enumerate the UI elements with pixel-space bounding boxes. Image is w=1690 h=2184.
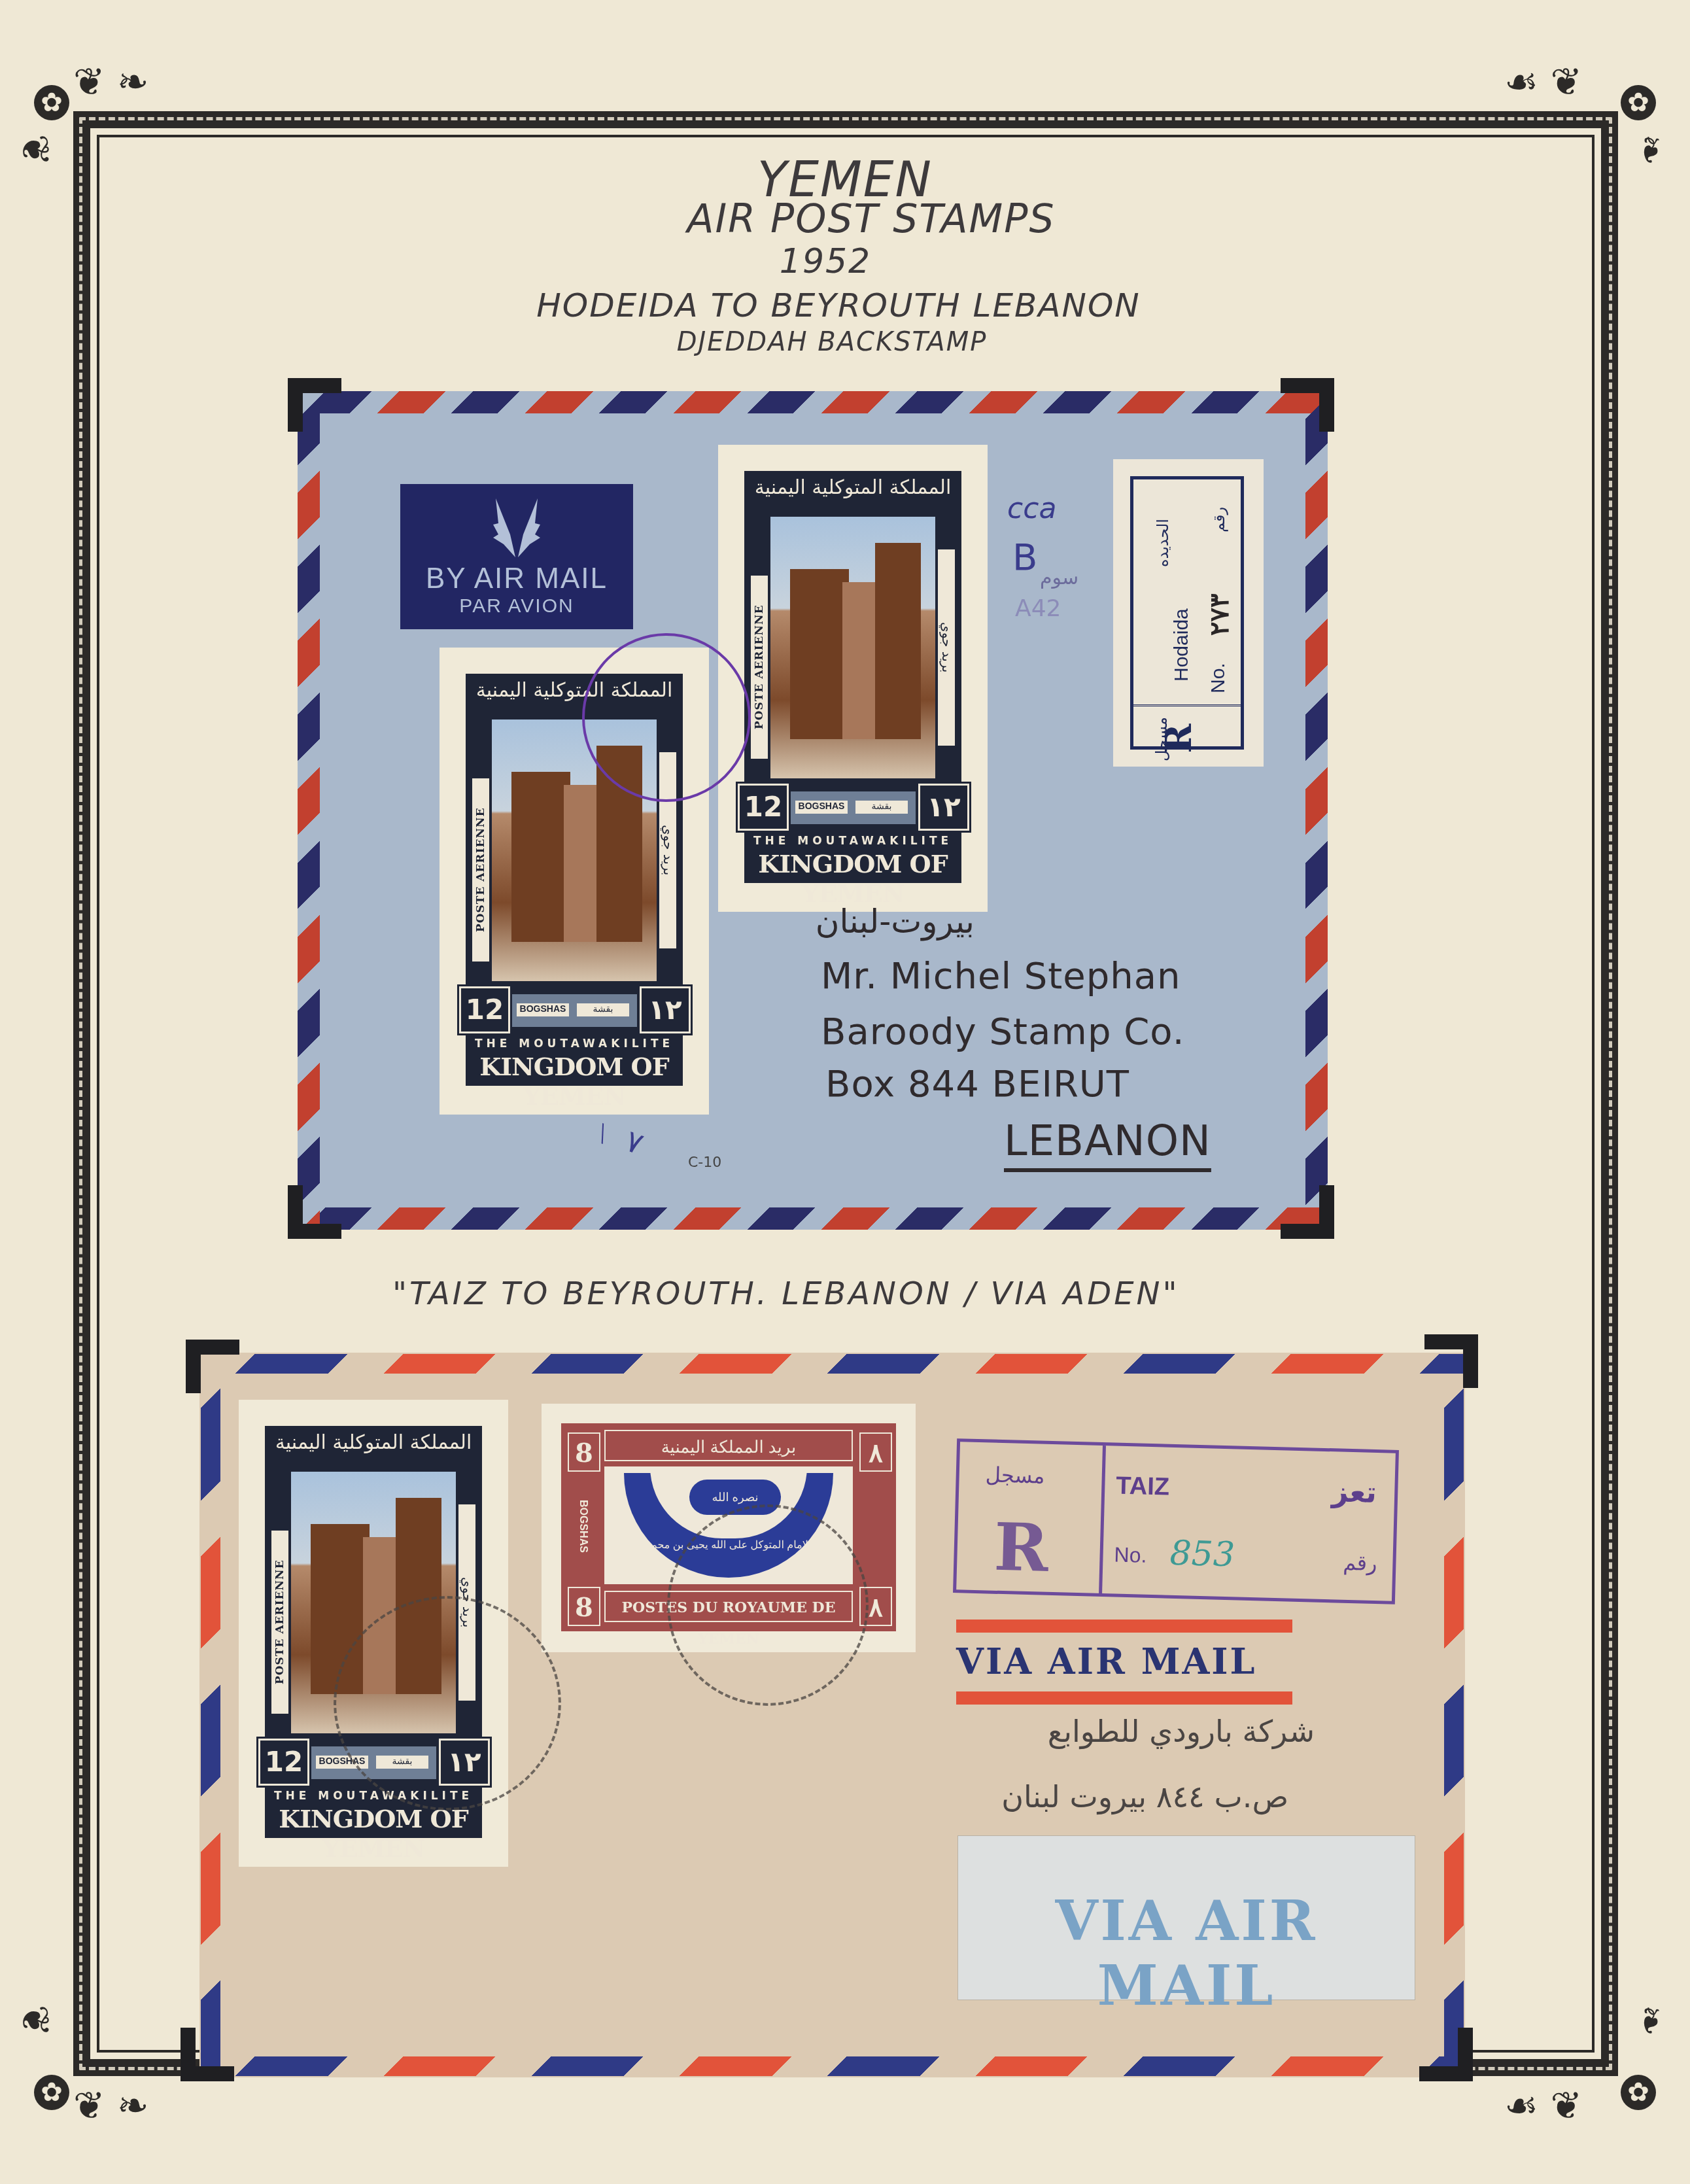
- stamp-side-text: POSTE AERIENNE: [271, 1531, 288, 1714]
- airmail-border-top: [199, 1354, 1465, 1374]
- pen-note: C-10: [688, 1154, 721, 1171]
- airmail-border-left: [201, 1353, 220, 2077]
- stamp-12-bogshas: المملكة المتوكلية اليمنية POSTE AERIENNE…: [718, 445, 988, 912]
- title-subject: Air Post Stamps: [26, 196, 1690, 242]
- rosette-icon: ✿: [1621, 85, 1656, 120]
- cachet-city: TAIZ: [1116, 1472, 1170, 1502]
- pen-note: A42: [1015, 595, 1061, 622]
- scroll-ornament-icon: ❦ ❧: [73, 63, 149, 101]
- black-postmark: [334, 1596, 561, 1811]
- scroll-ornament-icon: ☙ ❦: [1504, 63, 1582, 101]
- scroll-ornament-icon: ❦ ❧: [73, 2087, 149, 2124]
- caption-bottom-cover: "Taiz to Beyrouth. Lebanon / via Aden": [392, 1275, 1180, 1312]
- rosette-icon: ✿: [34, 85, 69, 120]
- scroll-ornament-icon: ☙ ❦: [1504, 2087, 1582, 2124]
- airmail-border-right: [1444, 1353, 1464, 2077]
- stamp-side-text: POSTE AERIENNE: [472, 778, 489, 962]
- stamp-arabic-title: المملكة المتوكلية اليمنية: [718, 476, 988, 499]
- stamp-value: 12: [738, 784, 789, 831]
- reg-no-label: No.: [1207, 663, 1230, 693]
- address-arabic-line: شركة بارودي للطوابع: [974, 1714, 1315, 1749]
- par-avion-text: PAR AVION: [400, 595, 633, 617]
- title-route: Hodeida to Beyrouth Lebanon: [0, 286, 1683, 324]
- stamp8-value: 8: [568, 1587, 600, 1626]
- airmail-border-top: [298, 391, 1328, 413]
- address-line: Baroody Stamp Co.: [821, 1011, 1184, 1053]
- etiquette-text: VIA AIR MAIL: [958, 1888, 1415, 2018]
- via-air-mail-etiquette: VIA AIR MAIL: [957, 1835, 1415, 2000]
- pen-note: B: [1012, 536, 1037, 579]
- stamp-line2: KINGDOM OF YEMEN: [239, 1804, 508, 1863]
- via-air-mail-text: VIA AIR MAIL: [956, 1640, 1292, 1682]
- cachet-city-ar: تعز: [1332, 1475, 1377, 1510]
- address-line: Box 844 BEIRUT: [825, 1063, 1130, 1105]
- airmail-border-right: [1305, 391, 1328, 1230]
- cachet-number: 853: [1169, 1534, 1235, 1575]
- reg-number: ٢٧٣: [1205, 594, 1235, 636]
- reg-city-ar: الحديده: [1154, 519, 1172, 567]
- red-rule: [956, 1691, 1292, 1705]
- stamp-currency-ar: بقشة: [855, 801, 908, 814]
- airmail-border-bottom: [298, 1207, 1328, 1230]
- cachet-no-label: No.: [1114, 1543, 1147, 1568]
- scroll-ornament-icon: ❦: [16, 2005, 54, 2037]
- printed-via-air-mail: VIA AIR MAIL: [956, 1620, 1292, 1705]
- stamp-currency: BOGSHAS: [795, 801, 848, 814]
- stamp-value: 12: [459, 986, 510, 1033]
- cachet-registered-ar: مسجل: [985, 1462, 1045, 1488]
- rosette-icon: ✿: [34, 2075, 69, 2110]
- rosette-icon: ✿: [1621, 2075, 1656, 2110]
- stamp-currency-ar: بقشة: [577, 1003, 629, 1016]
- stamp-line2: KINGDOM OF YEMEN: [440, 1052, 709, 1111]
- by-air-mail-label: BY AIR MAIL PAR AVION: [400, 484, 633, 629]
- stamp-arabic-title: المملكة المتوكلية اليمنية: [239, 1431, 508, 1454]
- airmail-border-left: [298, 391, 320, 1230]
- reg-city: Hodaida: [1171, 608, 1193, 682]
- address-country: LEBANON: [1004, 1117, 1211, 1166]
- scroll-ornament-icon: ❧: [1632, 2005, 1670, 2037]
- cachet-letter: R: [993, 1508, 1049, 1587]
- wings-icon: [491, 498, 543, 557]
- stamp8-side-text: BOGSHAS: [568, 1477, 598, 1575]
- address-line: Mr. Michel Stephan: [821, 955, 1181, 997]
- stamp-line2: KINGDOM OF YEMEN: [718, 849, 988, 908]
- air-mail-text: BY AIR MAIL: [400, 563, 633, 595]
- stamp-side-arabic: بريد جوي: [938, 549, 955, 746]
- black-postmark: [667, 1504, 869, 1706]
- reg-no-ar: رقم: [1210, 507, 1228, 532]
- cachet-no-ar: رقم: [1343, 1550, 1377, 1576]
- stamp8-arabic-title: بريد المملكة اليمنية: [604, 1430, 853, 1461]
- red-rule: [956, 1620, 1292, 1633]
- stamp-value: 12: [258, 1739, 309, 1786]
- pen-note: سوم: [1040, 566, 1078, 589]
- title-year: 1952: [0, 242, 1670, 281]
- airmail-border-bottom: [199, 2056, 1465, 2076]
- stamp8-value: 8: [568, 1432, 600, 1472]
- pen-note: cca: [1007, 492, 1056, 525]
- violet-postmark: [582, 633, 751, 802]
- address-arabic-line: ص.ب ٨٤٤ بيروت لبنان: [922, 1779, 1288, 1814]
- stamp-vignette: [770, 517, 935, 778]
- stamp-value-ar: ١٢: [640, 986, 691, 1033]
- reg-letter: R: [1158, 724, 1199, 754]
- stamp-value-ar: ١٢: [918, 784, 969, 831]
- stamp-currency: BOGSHAS: [517, 1003, 569, 1016]
- address-arabic: بيروت-لبنان: [772, 903, 974, 941]
- stamp-line1: THE MOUTAWAKILITE: [440, 1037, 709, 1050]
- stamp8-value-ar: ٨: [859, 1432, 892, 1472]
- title-backstamp: Djeddah Backstamp: [0, 327, 1677, 357]
- stamp-side-text: POSTE AERIENNE: [751, 576, 768, 759]
- taiz-registration-cachet: مسجل R TAIZ تعز No. 853 رقم: [953, 1438, 1399, 1604]
- stamp-line1: THE MOUTAWAKILITE: [718, 835, 988, 848]
- hodaida-registration-label: الحديده Hodaida رقم No. ٢٧٣ مسجل R: [1113, 459, 1264, 767]
